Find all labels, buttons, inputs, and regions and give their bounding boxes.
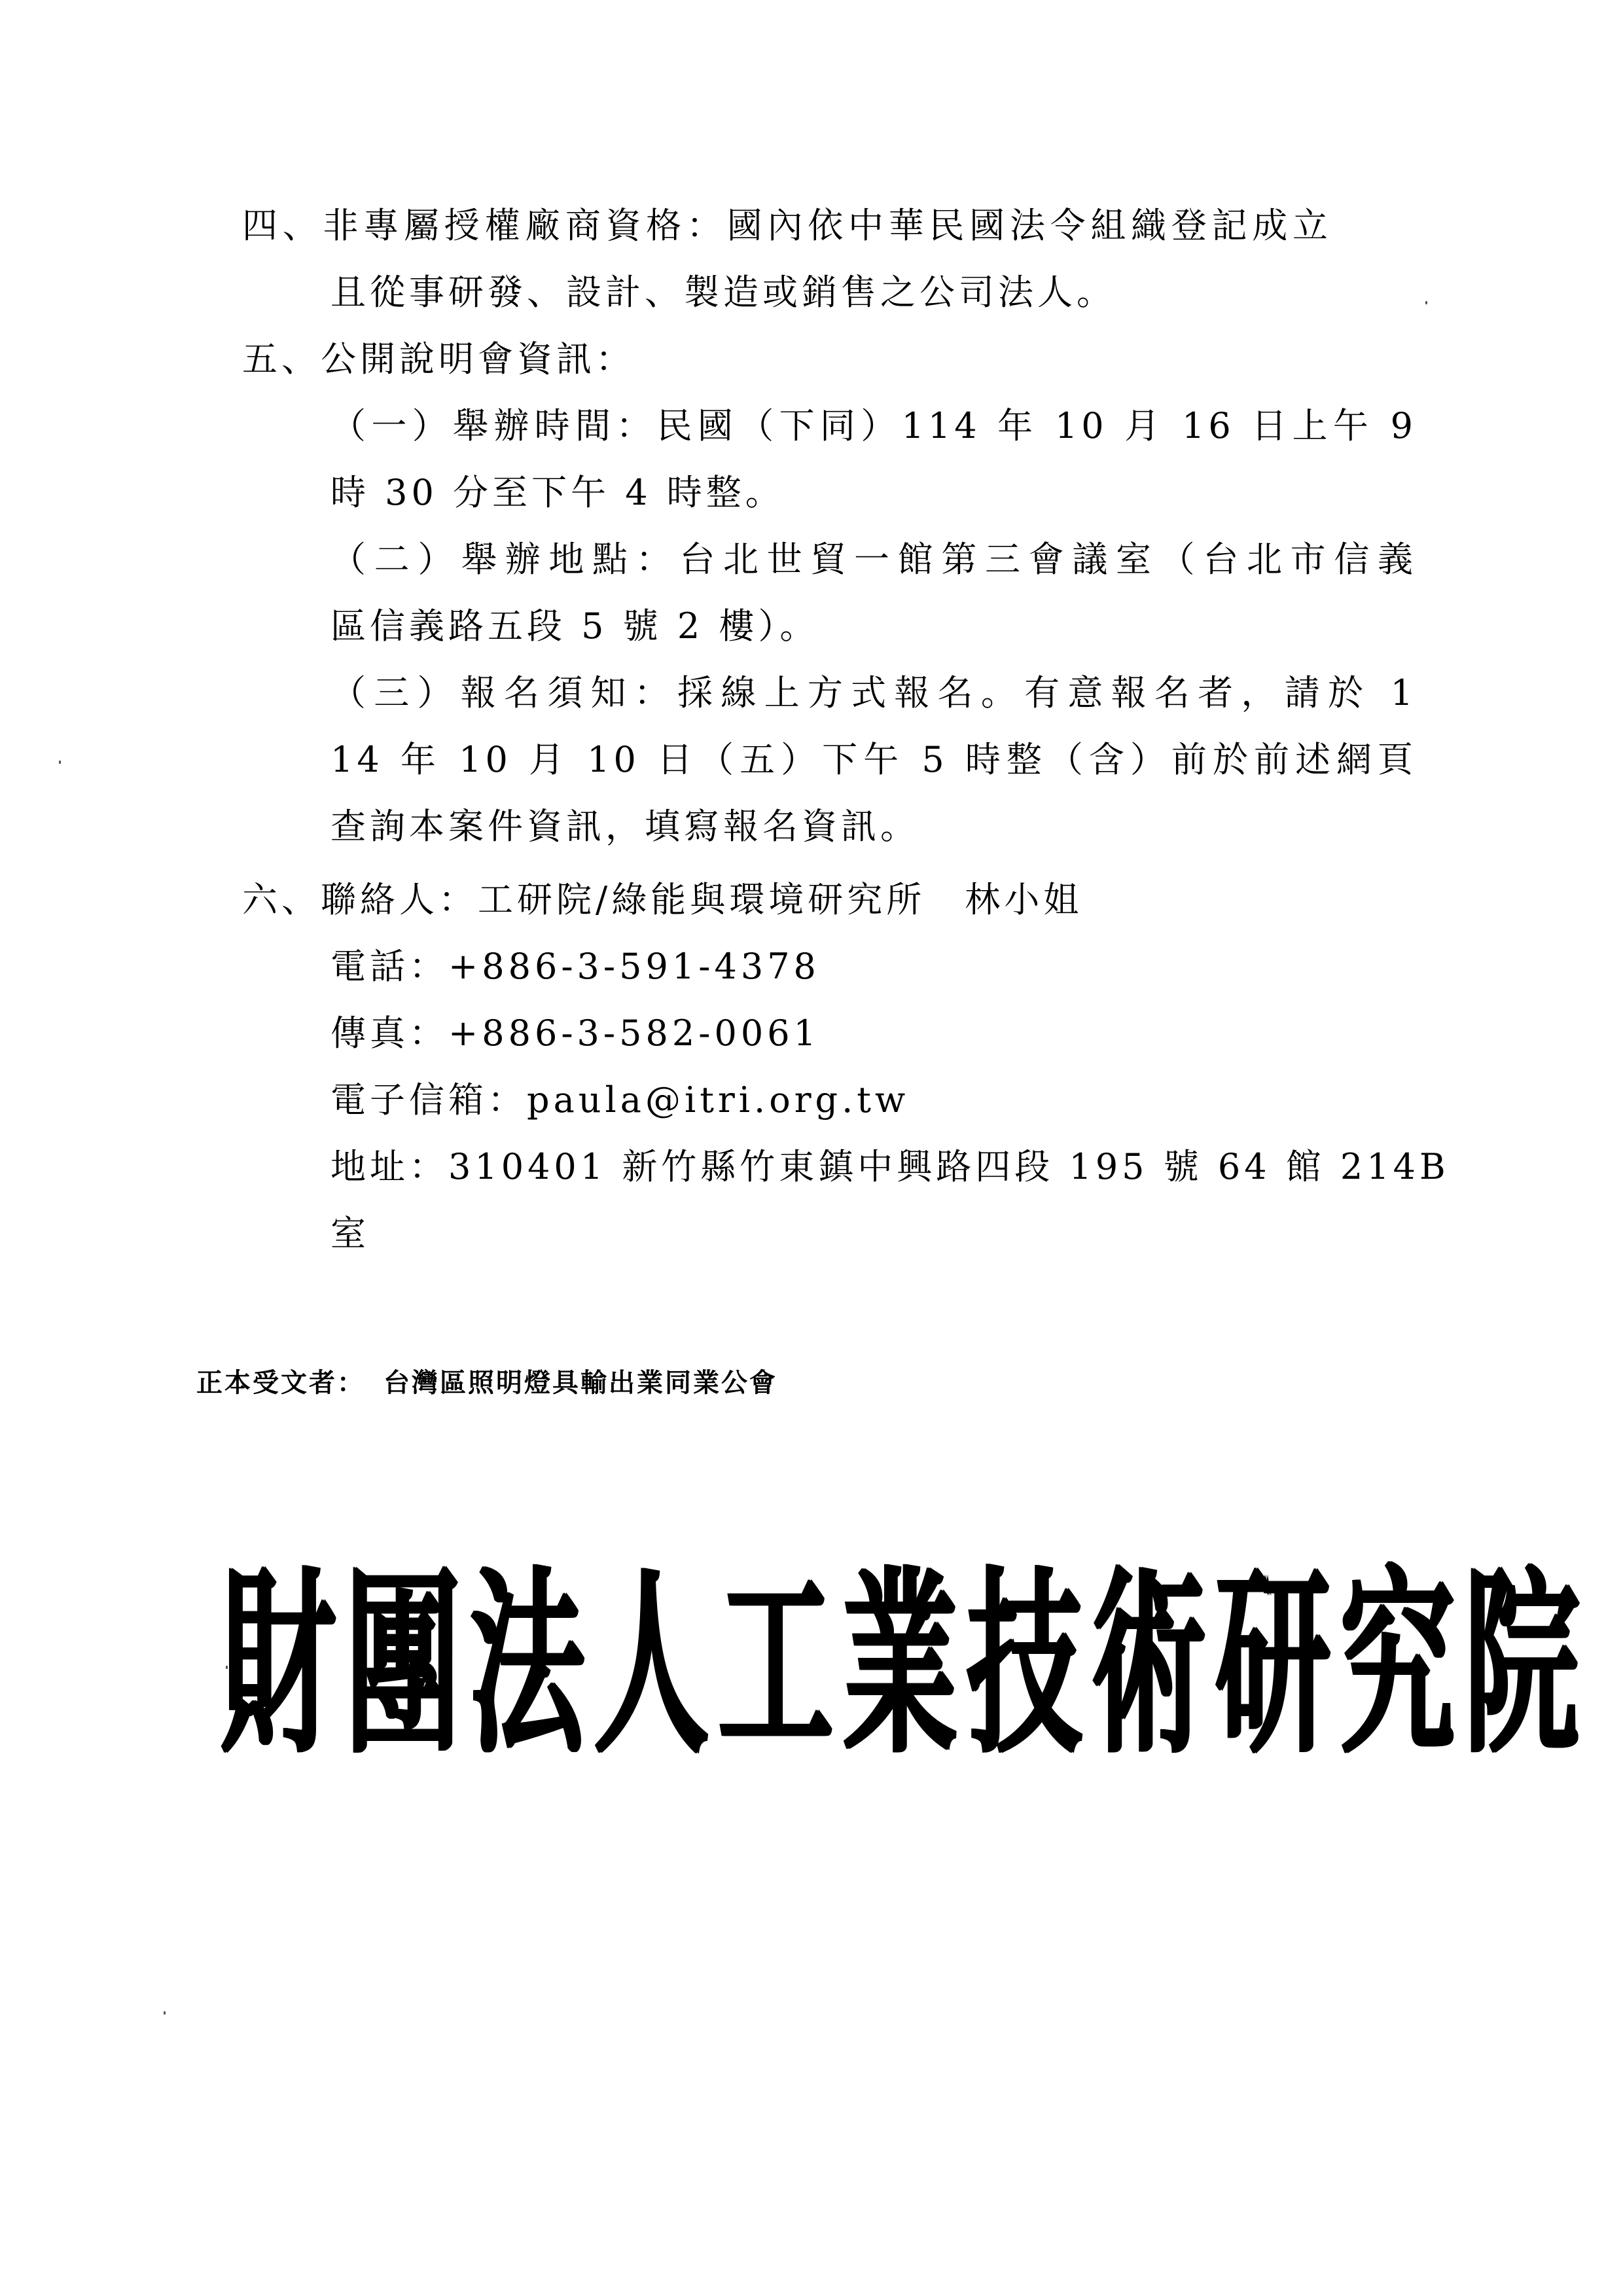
scan-speck	[226, 1666, 228, 1669]
seal-char: 術	[1092, 1566, 1206, 1765]
section-four-line-1: 四、非專屬授權廠商資格：國內依中華民國法令組織登記成立	[242, 203, 1332, 249]
contact-address-line-2: 室	[330, 1211, 370, 1257]
seal-char: 團	[346, 1566, 460, 1765]
organization-seal: 財 團 法 人 工 業 技 術 研 究 院	[216, 1561, 1407, 1770]
recipient-line: 正本受文者：台灣區照明燈具輸出業同業公會	[196, 1365, 777, 1401]
seal-char: 研	[1216, 1566, 1330, 1765]
seal-char: 院	[1465, 1566, 1579, 1765]
seal-char: 財	[221, 1566, 336, 1765]
contact-email: 電子信箱：paula@itri.org.tw	[330, 1077, 909, 1123]
registration-line-2: 14 年 10 月 10 日（五）下午 5 時整（含）前於前述網頁	[330, 737, 1417, 783]
document-page: 四、非專屬授權廠商資格：國內依中華民國法令組織登記成立 且從事研發、設計、製造或…	[0, 0, 1623, 2296]
scan-speck	[59, 761, 61, 764]
recipient-name: 台灣區照明燈具輸出業同業公會	[383, 1368, 777, 1398]
scan-speck	[164, 2011, 166, 2015]
meeting-location-line-2: 區信義路五段 5 號 2 樓）。	[330, 603, 819, 649]
contact-address-line-1: 地址：310401 新竹縣竹東鎮中興路四段 195 號 64 館 214B	[330, 1144, 1417, 1190]
contact-fax: 傳真：+886-3-582-0061	[330, 1011, 820, 1056]
section-six-heading: 六、聯絡人：工研院/綠能與環境研究所 林小姐	[242, 877, 1082, 923]
registration-line-1: （三）報名須知：採線上方式報名。有意報名者，請於 1	[330, 670, 1417, 716]
seal-char: 工	[719, 1566, 833, 1765]
seal-char: 法	[470, 1566, 584, 1765]
meeting-location-line-1: （二）舉辦地點：台北世貿一館第三會議室（台北市信義	[330, 537, 1417, 583]
section-five-heading: 五、公開說明會資訊：	[242, 336, 635, 382]
meeting-time-line-1: （一）舉辦時間：民國（下同）114 年 10 月 16 日上午 9	[330, 403, 1417, 449]
meeting-time-line-2: 時 30 分至下午 4 時整。	[330, 470, 785, 516]
seal-char: 技	[967, 1566, 1082, 1765]
seal-char: 業	[843, 1566, 957, 1765]
scan-speck	[1425, 301, 1427, 304]
seal-char: 究	[1340, 1566, 1455, 1765]
recipient-label: 正本受文者：	[196, 1368, 365, 1398]
seal-char: 人	[594, 1566, 709, 1765]
contact-phone: 電話：+886-3-591-4378	[330, 944, 820, 990]
section-four-line-2: 且從事研發、設計、製造或銷售之公司法人。	[330, 270, 1116, 315]
registration-line-3: 查詢本案件資訊，填寫報名資訊。	[330, 804, 919, 850]
